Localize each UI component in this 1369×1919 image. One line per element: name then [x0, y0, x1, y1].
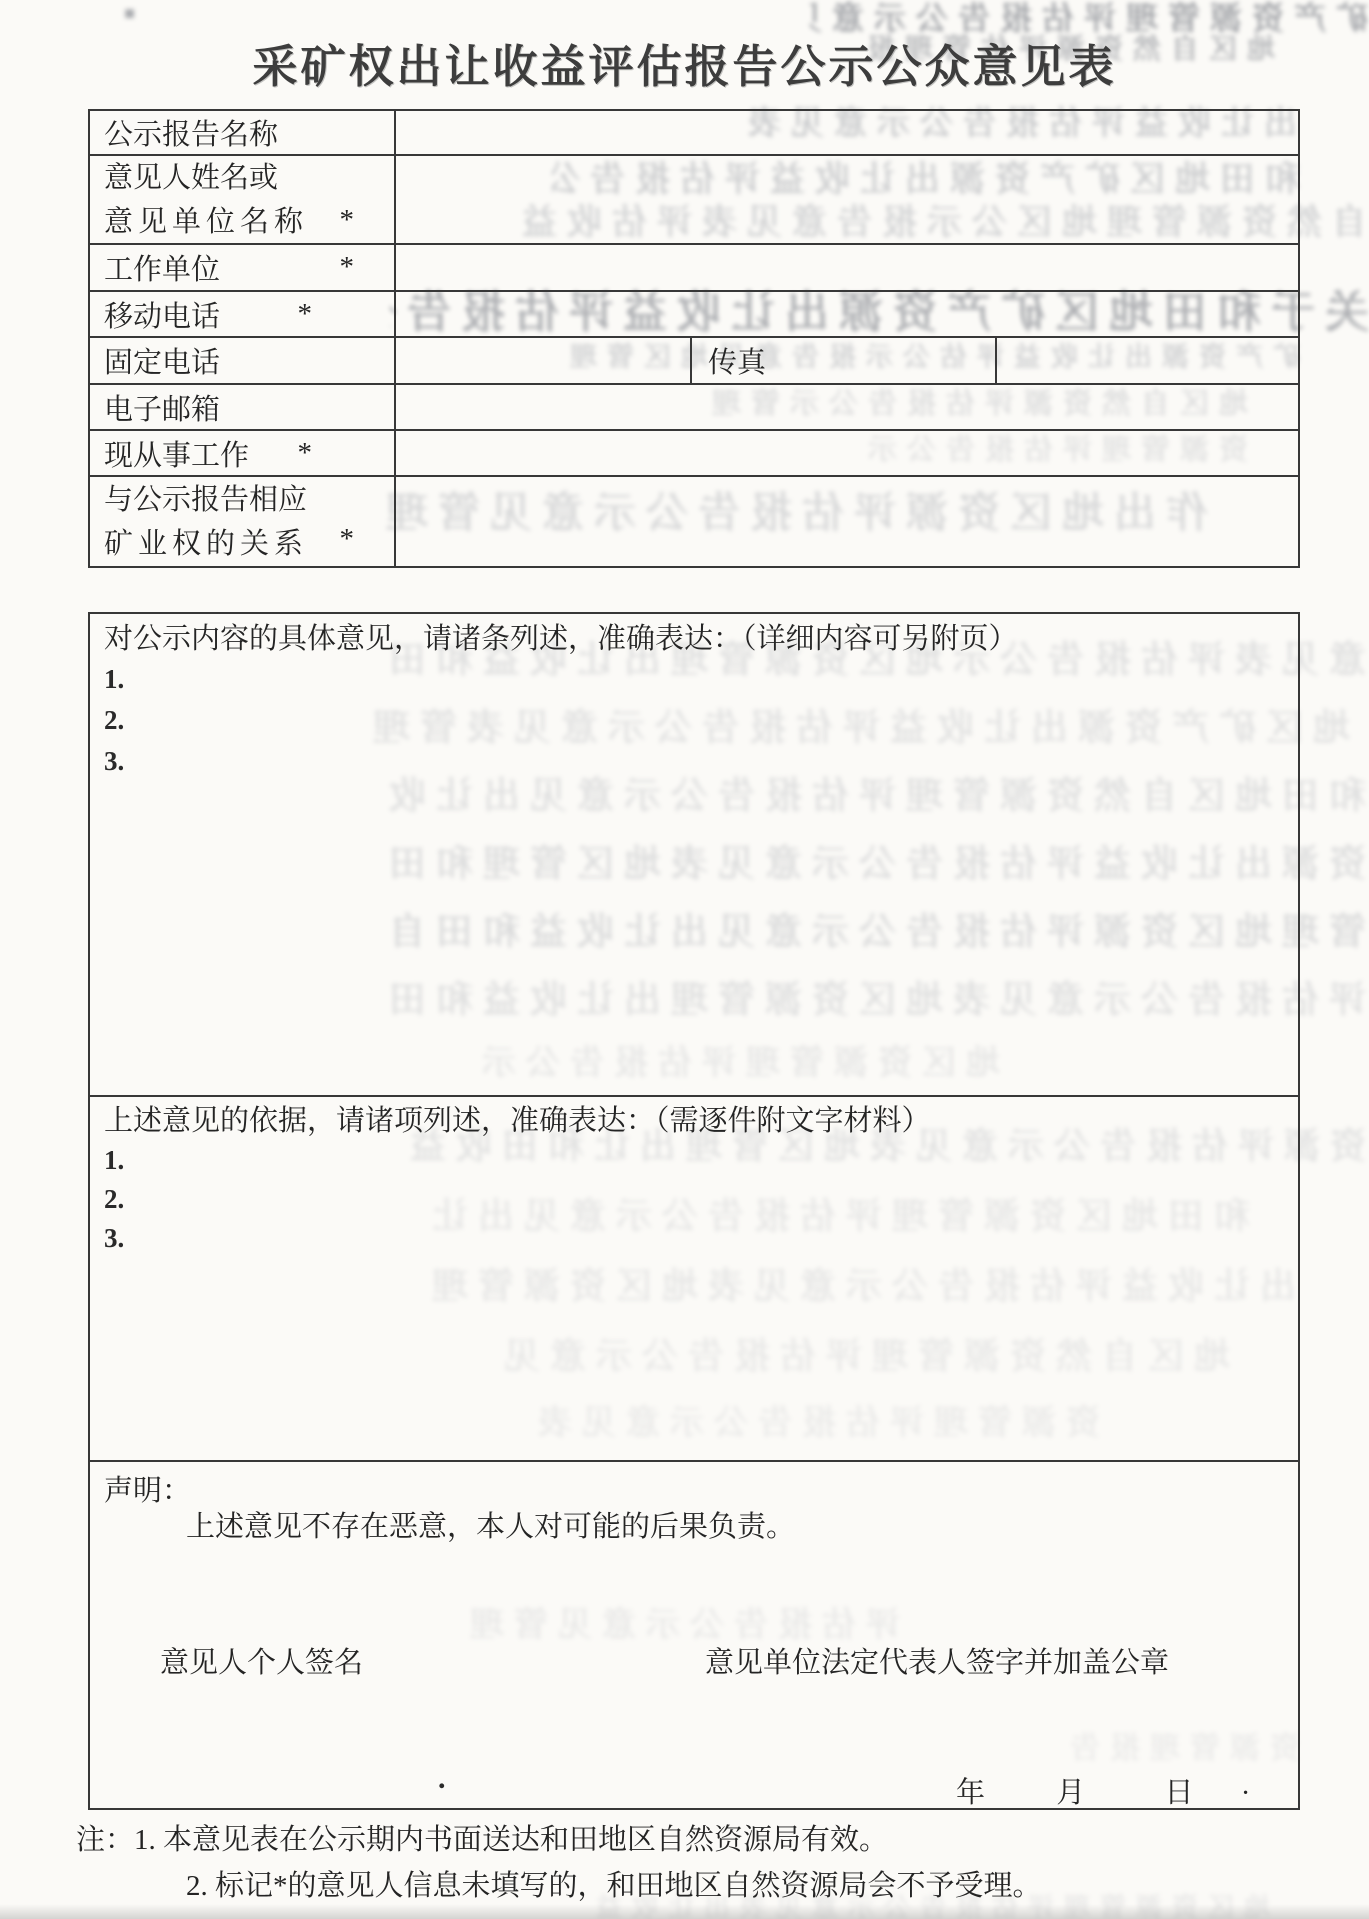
opinion-item-2: 2. [104, 700, 1284, 741]
declaration-body: 上述意见不存在恶意，本人对可能的后果负责。 [186, 1504, 795, 1545]
footnotes: 注：1. 本意见表在公示期内书面送达和田地区自然资源局有效。 2. 标记*的意见… [76, 1820, 1042, 1906]
basis-section: 上述意见的依据，请诸项列述，准确表达：（需逐件附文字材料） 1. 2. 3. [90, 1097, 1298, 1462]
required-marker: * [340, 523, 355, 556]
mobile-label: 移动电话 * [90, 292, 396, 336]
date-month-label: 月 [1056, 1777, 1085, 1809]
row-report-name: 公示报告名称 [90, 111, 1298, 156]
current-job-value [396, 431, 1298, 475]
required-marker: * [298, 298, 313, 331]
opinion-name-label: 意见人姓名或 意见单位名称 * [90, 156, 396, 243]
unit-signature-label: 意见单位法定代表人签字并加盖公章 [705, 1640, 1169, 1681]
form-title: 采矿权出让收益评估报告公示公众意见表 [0, 30, 1369, 95]
opinion-item-1: 1. [104, 659, 1284, 700]
ghost-bleed-through-text: ■ [90, 3, 135, 24]
opinion-item-3: 3. [104, 741, 1284, 782]
required-marker: * [340, 251, 355, 284]
date-trailing-dot: · [1241, 1777, 1251, 1809]
row-opinion-name: 意见人姓名或 意见单位名称 * [90, 156, 1298, 245]
landline-label: 固定电话 [90, 338, 396, 383]
applicant-info-table: 公示报告名称 意见人姓名或 意见单位名称 * 工作单位 * 移动电话 * [88, 109, 1300, 568]
basis-item-2: 2. [104, 1181, 1284, 1218]
scanned-form-page: ■矿产资源管理评估报告公示意见地区自然资源评估管理报出让收益评估报告公示意见表和… [0, 0, 1369, 1919]
current-job-label: 现从事工作 * [90, 431, 396, 475]
basis-item-3: 3. [104, 1220, 1284, 1257]
basis-item-1: 1. [104, 1142, 1284, 1179]
report-name-value [396, 111, 1298, 154]
email-label: 电子邮箱 [90, 385, 396, 429]
landline-value [396, 338, 692, 383]
row-current-job: 现从事工作 * [90, 431, 1298, 477]
opinion-name-value [396, 156, 1298, 243]
fax-value [997, 338, 1298, 383]
work-unit-value [396, 245, 1298, 290]
required-marker: * [298, 437, 313, 470]
row-email: 电子邮箱 [90, 385, 1298, 431]
opinion-section: 对公示内容的具体意见，请诸条列述，准确表达：（详细内容可另附页） 1. 2. 3… [90, 614, 1298, 1097]
row-mobile: 移动电话 * [90, 292, 1298, 338]
required-marker: * [340, 204, 355, 237]
scan-edge-smudge [0, 1904, 1369, 1919]
mobile-value [396, 292, 1298, 336]
date-day-label: 日 [1165, 1777, 1194, 1809]
email-value [396, 385, 1298, 429]
declaration-section: 声明： 上述意见不存在恶意，本人对可能的后果负责。 意见人个人签名 意见单位法定… [90, 1462, 1298, 1808]
fax-label: 传真 [692, 338, 997, 383]
work-unit-label: 工作单位 * [90, 245, 396, 290]
opinion-sections-table: 对公示内容的具体意见，请诸条列述，准确表达：（详细内容可另附页） 1. 2. 3… [88, 612, 1300, 1810]
opinion-section-heading: 对公示内容的具体意见，请诸条列述，准确表达：（详细内容可另附页） [104, 619, 1284, 659]
row-work-unit: 工作单位 * [90, 245, 1298, 292]
report-name-label: 公示报告名称 [90, 111, 396, 154]
date-line: 年 月 日 · [956, 1770, 1250, 1811]
basis-section-heading: 上述意见的依据，请诸项列述，准确表达：（需逐件附文字材料） [104, 1102, 1284, 1140]
footnote-2: 2. 标记*的意见人信息未填写的，和田地区自然资源局会不予受理。 [76, 1866, 1042, 1906]
footnote-1: 注：1. 本意见表在公示期内书面送达和田地区自然资源局有效。 [76, 1820, 1042, 1860]
stray-ink-mark: . [438, 1762, 446, 1796]
relation-value [396, 477, 1298, 566]
row-landline-fax: 固定电话 传真 [90, 338, 1298, 385]
date-year-label: 年 [956, 1777, 985, 1809]
individual-signature-label: 意见人个人签名 [160, 1640, 363, 1681]
relation-label: 与公示报告相应 矿业权的关系 * [90, 477, 396, 566]
row-relation: 与公示报告相应 矿业权的关系 * [90, 477, 1298, 566]
declaration-heading: 声明： [104, 1468, 191, 1509]
